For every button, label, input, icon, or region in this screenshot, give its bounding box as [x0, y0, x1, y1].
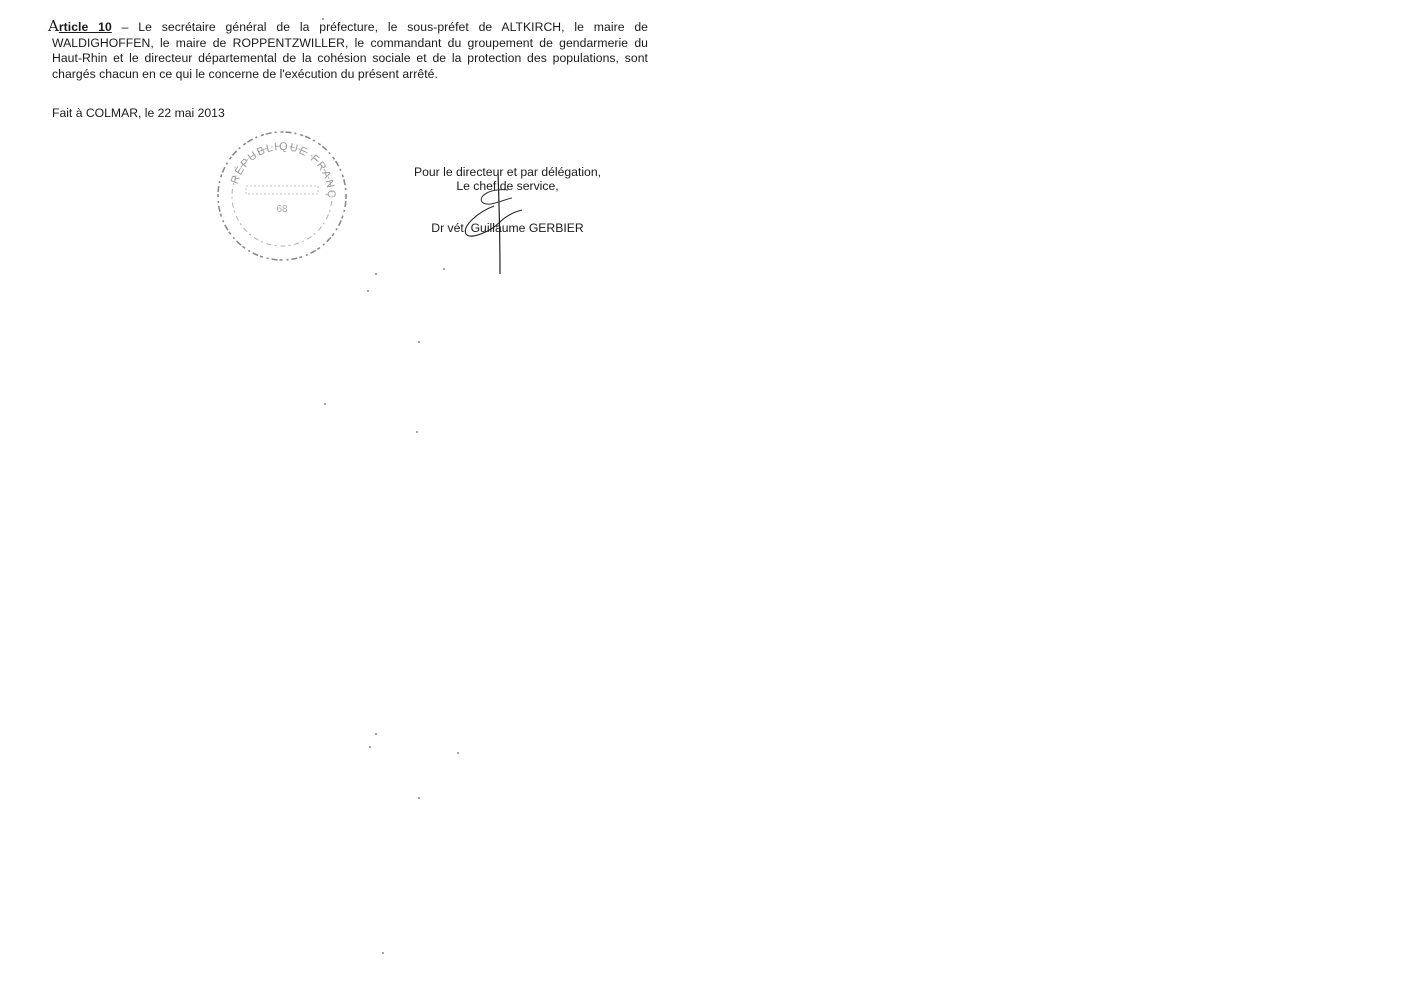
official-seal-icon: RÉPUBLIQUE FRANÇAISE 68: [214, 128, 350, 264]
svg-text:RÉPUBLIQUE FRANÇAISE: RÉPUBLIQUE FRANÇAISE: [214, 128, 337, 199]
handwritten-initial: A: [48, 17, 59, 35]
article-body: Le secrétaire général de la préfecture, …: [52, 20, 648, 81]
scanned-page: Article 10 – Le secrétaire général de la…: [0, 0, 1422, 1000]
handwritten-signature-icon: [450, 170, 530, 275]
place-and-date: Fait à COLMAR, le 22 mai 2013: [52, 106, 225, 120]
article-heading: rticle 10: [59, 20, 112, 34]
seal-center-text: 68: [276, 204, 288, 215]
article-separator: –: [112, 20, 138, 34]
seal-ring-text: RÉPUBLIQUE FRANÇAISE: [214, 128, 337, 199]
article-10-paragraph: Article 10 – Le secrétaire général de la…: [52, 19, 648, 82]
